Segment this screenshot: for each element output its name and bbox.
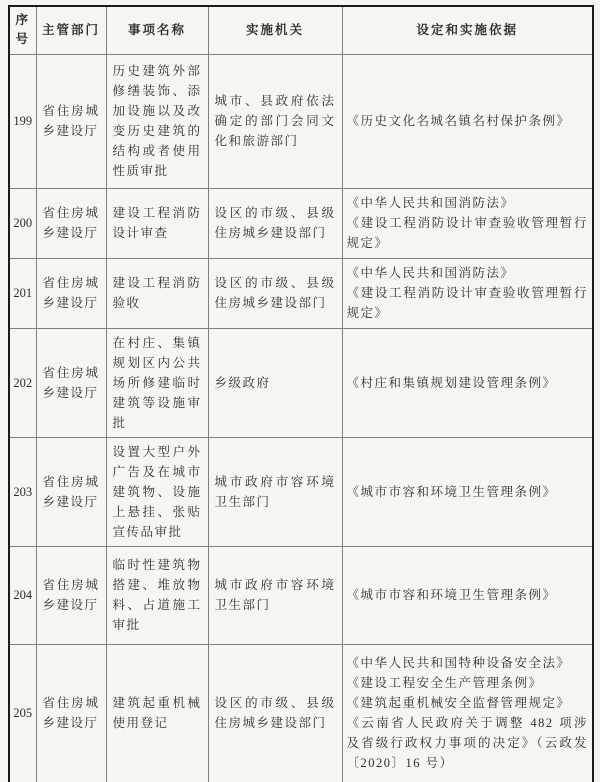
cell-item-name: 在村庄、集镇规划区内公共场所修建临时建筑等设施审批 <box>106 328 208 437</box>
cell-serial-number: 205 <box>9 644 36 782</box>
cell-basis: 《村庄和集镇规划建设管理条例》 <box>342 328 593 437</box>
header-row: 序号 主管部门 事项名称 实施机关 设定和实施依据 <box>9 6 593 54</box>
cell-serial-number: 201 <box>9 258 36 328</box>
basis-line: 《建设工程消防设计审查验收管理暂行规定》 <box>347 283 589 323</box>
cell-basis: 《城市市容和环境卫生管理条例》 <box>342 437 593 546</box>
table-row-202: 202 省住房城乡建设厅 在村庄、集镇规划区内公共场所修建临时建筑等设施审批 乡… <box>9 328 593 437</box>
header-agency: 实施机关 <box>208 6 342 54</box>
cell-department: 省住房城乡建设厅 <box>36 644 106 782</box>
basis-line: 《城市市容和环境卫生管理条例》 <box>347 482 589 502</box>
cell-serial-number: 199 <box>9 54 36 188</box>
basis-line: 《建设工程消防设计审查验收管理暂行规定》 <box>347 213 589 253</box>
header-item-name: 事项名称 <box>106 6 208 54</box>
cell-basis: 《历史文化名城名镇名村保护条例》 <box>342 54 593 188</box>
cell-serial-number: 204 <box>9 546 36 644</box>
basis-line: 《建筑起重机械安全监督管理规定》 <box>347 693 589 713</box>
cell-agency: 乡级政府 <box>208 328 342 437</box>
cell-department: 省住房城乡建设厅 <box>36 188 106 258</box>
cell-item-name: 历史建筑外部修缮装饰、添加设施以及改变历史建筑的结构或者使用性质审批 <box>106 54 208 188</box>
cell-serial-number: 202 <box>9 328 36 437</box>
cell-agency: 城市政府市容环境卫生部门 <box>208 546 342 644</box>
cell-item-name: 临时性建筑物搭建、堆放物料、占道施工审批 <box>106 546 208 644</box>
cell-department: 省住房城乡建设厅 <box>36 258 106 328</box>
cell-agency: 设区的市级、县级住房城乡建设部门 <box>208 644 342 782</box>
header-department: 主管部门 <box>36 6 106 54</box>
basis-line: 《中华人民共和国消防法》 <box>347 263 589 283</box>
table-row-205: 205 省住房城乡建设厅 建筑起重机械使用登记 设区的市级、县级住房城乡建设部门… <box>9 644 593 782</box>
basis-line: 《村庄和集镇规划建设管理条例》 <box>347 373 589 393</box>
cell-agency: 城市、县政府依法确定的部门会同文化和旅游部门 <box>208 54 342 188</box>
cell-basis: 《城市市容和环境卫生管理条例》 <box>342 546 593 644</box>
cell-item-name: 设置大型户外广告及在城市建筑物、设施上悬挂、张贴宣传品审批 <box>106 437 208 546</box>
header-basis: 设定和实施依据 <box>342 6 593 54</box>
basis-line: 《历史文化名城名镇名村保护条例》 <box>347 111 589 131</box>
basis-line: 《城市市容和环境卫生管理条例》 <box>347 585 589 605</box>
table-row-199: 199 省住房城乡建设厅 历史建筑外部修缮装饰、添加设施以及改变历史建筑的结构或… <box>9 54 593 188</box>
table-row-200: 200 省住房城乡建设厅 建设工程消防设计审查 设区的市级、县级住房城乡建设部门… <box>9 188 593 258</box>
basis-line: 《建设工程安全生产管理条例》 <box>347 673 589 693</box>
header-serial-number: 序号 <box>9 6 36 54</box>
cell-serial-number: 203 <box>9 437 36 546</box>
cell-item-name: 建设工程消防设计审查 <box>106 188 208 258</box>
cell-serial-number: 200 <box>9 188 36 258</box>
cell-department: 省住房城乡建设厅 <box>36 328 106 437</box>
basis-line: 《中华人民共和国特种设备安全法》 <box>347 653 589 673</box>
basis-line: 《中华人民共和国消防法》 <box>347 193 589 213</box>
cell-agency: 城市政府市容环境卫生部门 <box>208 437 342 546</box>
cell-department: 省住房城乡建设厅 <box>36 54 106 188</box>
table-row-203: 203 省住房城乡建设厅 设置大型户外广告及在城市建筑物、设施上悬挂、张贴宣传品… <box>9 437 593 546</box>
cell-item-name: 建筑起重机械使用登记 <box>106 644 208 782</box>
cell-department: 省住房城乡建设厅 <box>36 546 106 644</box>
cell-agency: 设区的市级、县级住房城乡建设部门 <box>208 188 342 258</box>
cell-basis: 《中华人民共和国特种设备安全法》 《建设工程安全生产管理条例》 《建筑起重机械安… <box>342 644 593 782</box>
cell-basis: 《中华人民共和国消防法》 《建设工程消防设计审查验收管理暂行规定》 <box>342 258 593 328</box>
basis-line: 《云南省人民政府关于调整 482 项涉及省级行政权力事项的决定》（云政发〔202… <box>347 713 589 773</box>
cell-item-name: 建设工程消防验收 <box>106 258 208 328</box>
table-row-204: 204 省住房城乡建设厅 临时性建筑物搭建、堆放物料、占道施工审批 城市政府市容… <box>9 546 593 644</box>
cell-basis: 《中华人民共和国消防法》 《建设工程消防设计审查验收管理暂行规定》 <box>342 188 593 258</box>
approval-items-table: 序号 主管部门 事项名称 实施机关 设定和实施依据 199 省住房城乡建设厅 历… <box>8 5 594 782</box>
cell-agency: 设区的市级、县级住房城乡建设部门 <box>208 258 342 328</box>
table-row-201: 201 省住房城乡建设厅 建设工程消防验收 设区的市级、县级住房城乡建设部门 《… <box>9 258 593 328</box>
cell-department: 省住房城乡建设厅 <box>36 437 106 546</box>
